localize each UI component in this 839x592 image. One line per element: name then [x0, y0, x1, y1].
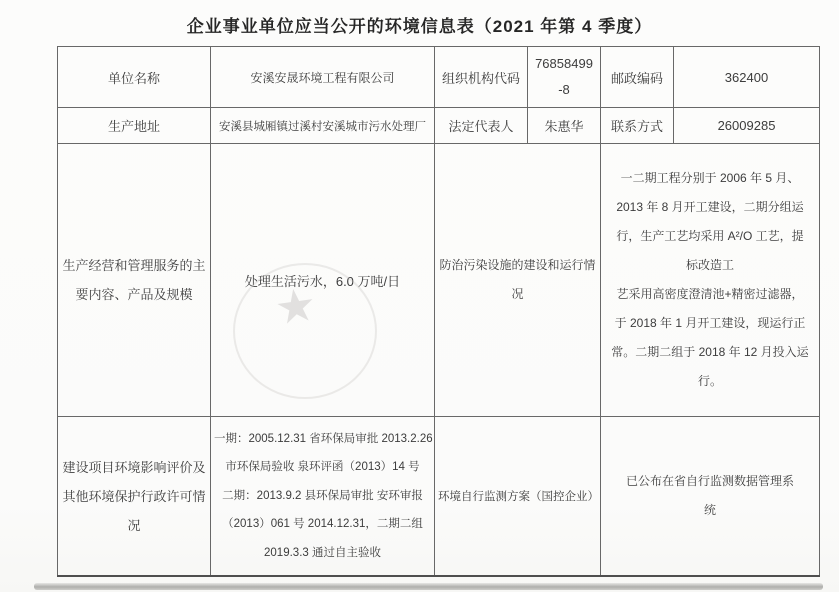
self-monitoring-value: 已公布在省自行监测数据管理系 统 [601, 417, 820, 577]
table-row: 生产地址 安溪县城厢镇过溪村安溪城市污水处理厂 法定代表人 朱惠华 联系方式 2… [58, 108, 820, 144]
environment-info-table: 单位名称 安溪安晟环境工程有限公司 组织机构代码 76858499 -8 邮政编… [57, 46, 820, 577]
text-line: 其他环境保护行政许可情 [61, 482, 207, 511]
production-address-label: 生产地址 [58, 108, 211, 144]
text-line: 行，生产工艺均采用 A²/O 工艺，提 [604, 222, 816, 251]
legal-representative-value: 朱惠华 [528, 108, 601, 144]
text-line: 生产经营和管理服务的主 [61, 251, 207, 280]
scan-edge-artifact [34, 583, 823, 590]
document-title: 企业事业单位应当公开的环境信息表（2021 年第 4 季度） [0, 12, 839, 37]
text-line: 2013 年 8 月开工建设，二期分组运 [604, 193, 816, 222]
text-line: 已公布在省自行监测数据管理系 [604, 467, 816, 496]
scanned-document-page: 企业事业单位应当公开的环境信息表（2021 年第 4 季度） 单位名称 安溪安晟… [0, 0, 839, 592]
postal-code-label: 邮政编码 [601, 47, 674, 108]
text-line: 二期：2013.9.2 县环保局审批 安环审报 [214, 482, 431, 511]
text-line: 况 [61, 511, 207, 540]
text-line: 要内容、产品及规模 [61, 280, 207, 309]
text-line: 2019.3.3 通过自主验收 [214, 539, 431, 568]
text-line: 防治污染设施的建设和运行情 [438, 251, 597, 280]
production-address-value: 安溪县城厢镇过溪村安溪城市污水处理厂 [211, 108, 435, 144]
text-line: 常。二期二组于 2018 年 12 月投入运 [604, 338, 816, 367]
org-code-label: 组织机构代码 [435, 47, 528, 108]
text-line: 行。 [604, 367, 816, 396]
text-line: 统 [604, 496, 816, 525]
text-line: （2013）061 号 2014.12.31，二期二组 [214, 510, 431, 539]
table-row: 生产经营和管理服务的主 要内容、产品及规模 处理生活污水，6.0 万吨/日 防治… [58, 144, 820, 417]
text-line: 艺采用高密度澄清池+精密过滤器， [604, 280, 816, 309]
text-line: 一期：2005.12.31 省环保局审批 2013.2.26 [214, 425, 431, 454]
unit-name-value: 安溪安晟环境工程有限公司 [211, 47, 435, 108]
table-row: 单位名称 安溪安晟环境工程有限公司 组织机构代码 76858499 -8 邮政编… [58, 47, 820, 108]
business-scope-label: 生产经营和管理服务的主 要内容、产品及规模 [58, 144, 211, 417]
eia-permits-label: 建设项目环境影响评价及 其他环境保护行政许可情 况 [58, 417, 211, 577]
org-code-value: 76858499 -8 [528, 47, 601, 108]
business-scope-value: 处理生活污水，6.0 万吨/日 [211, 144, 435, 417]
text-line: 市环保局验收 泉环评函（2013）14 号 [214, 453, 431, 482]
text-line: 建设项目环境影响评价及 [61, 453, 207, 482]
postal-code-value: 362400 [674, 47, 820, 108]
table-row: 建设项目环境影响评价及 其他环境保护行政许可情 况 一期：2005.12.31 … [58, 417, 820, 577]
text-line: 况 [438, 280, 597, 309]
unit-name-label: 单位名称 [58, 47, 211, 108]
pollution-control-label: 防治污染设施的建设和运行情 况 [435, 144, 601, 417]
eia-permits-value: 一期：2005.12.31 省环保局审批 2013.2.26 市环保局验收 泉环… [211, 417, 435, 577]
contact-value: 26009285 [674, 108, 820, 144]
text-line: 一二期工程分别于 2006 年 5 月、 [604, 164, 816, 193]
legal-representative-label: 法定代表人 [435, 108, 528, 144]
self-monitoring-label: 环境自行监测方案（国控企业） [435, 417, 601, 577]
text-line: 于 2018 年 1 月开工建设，现运行正 [604, 309, 816, 338]
text-line: 标改造工 [604, 251, 816, 280]
text-line: 76858499 [531, 51, 597, 77]
text-line: -8 [531, 77, 597, 103]
contact-label: 联系方式 [601, 108, 674, 144]
pollution-control-value: 一二期工程分别于 2006 年 5 月、 2013 年 8 月开工建设，二期分组… [601, 144, 820, 417]
